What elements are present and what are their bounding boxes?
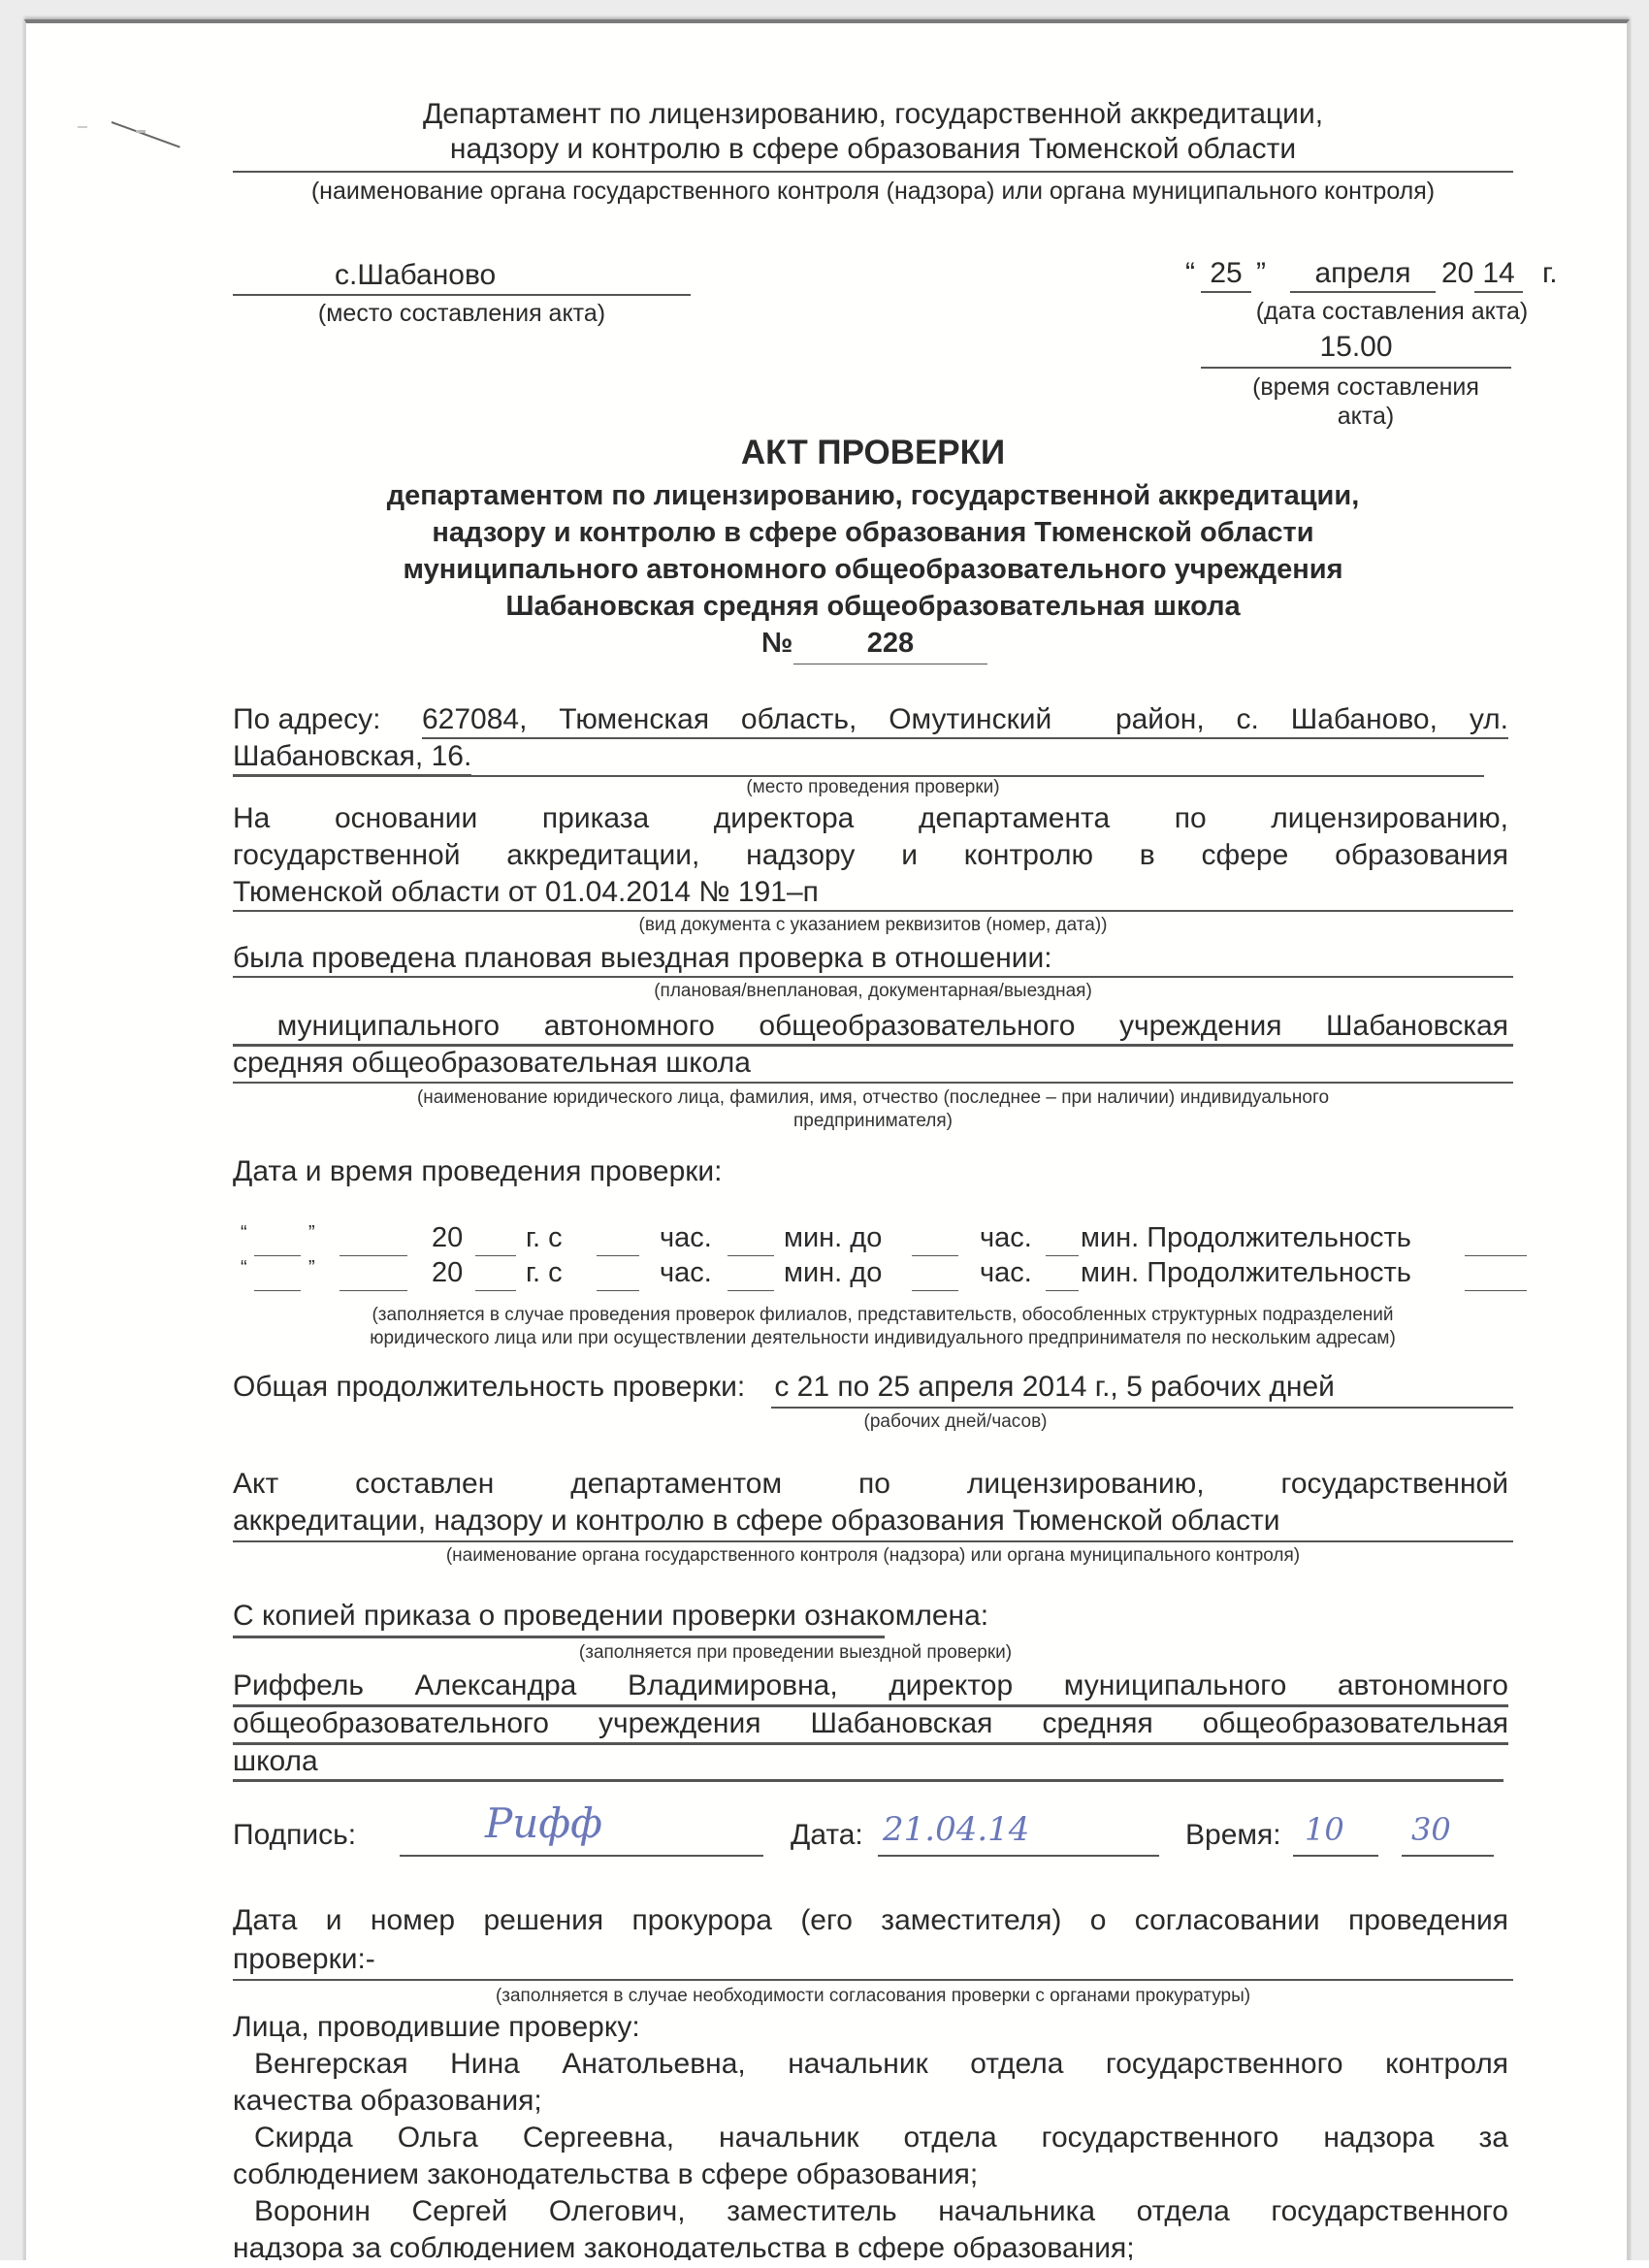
date-line[interactable] [878, 1855, 1159, 1857]
basis-caption: (вид документа с указанием реквизитов (н… [233, 914, 1513, 937]
inspector-2-line1: Скирда Ольга Сергеевна, начальник отдела… [254, 2121, 1508, 2155]
pencil-smudge [78, 126, 87, 128]
place-caption: (место составления акта) [233, 299, 691, 328]
org-name-line2: надзору и контролю в сфере образования Т… [233, 132, 1513, 167]
date-year-prefix: 20 [1441, 256, 1473, 291]
hour-label: час. [660, 1255, 712, 1290]
org-name-line1: Департамент по лицензированию, государст… [233, 97, 1513, 132]
hour2-label: час. [980, 1220, 1032, 1255]
month-blank[interactable] [339, 1290, 407, 1291]
act-subtitle-line3: муниципального автономного общеобразоват… [194, 551, 1552, 588]
date-label: Дата: [791, 1818, 863, 1853]
acquainted-label: С копией приказа о проведении проверки о… [233, 1599, 988, 1634]
signature-line[interactable] [400, 1855, 763, 1857]
from-label: г. с [526, 1255, 563, 1290]
year-blank[interactable] [475, 1255, 516, 1256]
act-subtitle-line4: Шабановская средняя общеобразовательная … [194, 588, 1552, 625]
min-from-blank[interactable] [727, 1255, 774, 1256]
total-duration-label: Общая продолжительность проверки: [233, 1370, 745, 1405]
min-to-label: мин. до [784, 1255, 882, 1290]
date-close-quote: ” [1256, 256, 1266, 291]
year-prefix: 20 [432, 1255, 463, 1290]
row-close-quote: ” [308, 1257, 315, 1280]
day-blank[interactable] [254, 1255, 301, 1256]
total-duration-value: с 21 по 25 апреля 2014 г., 5 рабочих дне… [766, 1370, 1335, 1405]
year-prefix: 20 [432, 1220, 463, 1255]
time-caption-line2: акта) [1201, 402, 1531, 431]
from-label: г. с [526, 1220, 563, 1255]
org-caption: (наименование органа государственного ко… [194, 177, 1552, 206]
day-blank[interactable] [254, 1290, 301, 1291]
address-caption: (место проведения проверки) [233, 776, 1513, 799]
acquainted-line3: школа [233, 1744, 318, 1779]
datetime-caption-line1: (заполняется в случае проведения проверо… [233, 1304, 1533, 1327]
basis-line3: Тюменской области от 01.04.2014 № 191–п [233, 875, 819, 910]
date-caption: (дата составления акта) [1212, 297, 1571, 326]
inspector-2-line2: соблюдением законодательства в сфере обр… [233, 2157, 978, 2192]
date-day: 25 [1201, 256, 1251, 293]
composed-by-caption: (наименование органа государственного ко… [233, 1544, 1513, 1568]
time-hours-handwritten: 10 [1305, 1808, 1344, 1851]
address-label: По адресу: [233, 702, 380, 737]
inspection-type-underline [233, 976, 1513, 978]
inspector-1-line2: качества образования; [233, 2084, 542, 2119]
hour2-label: час. [980, 1255, 1032, 1290]
act-number-underline [793, 664, 987, 664]
entity-line2: средняя общеобразовательная школа [233, 1046, 751, 1081]
datetime-caption-line2: юридического лица или при осуществлении … [233, 1327, 1533, 1350]
year-blank[interactable] [475, 1290, 516, 1291]
inspectors-label: Лица, проводившие проверку: [233, 2010, 640, 2045]
min-to-blank[interactable] [1046, 1255, 1079, 1256]
min-to-blank[interactable] [1046, 1290, 1079, 1291]
composed-by-line2: аккредитации, надзору и контролю в сфере… [233, 1504, 1280, 1539]
total-duration-underline [771, 1407, 1513, 1409]
hour-to-blank[interactable] [912, 1255, 958, 1256]
basis-underline [233, 910, 1513, 912]
inspector-3-line1: Воронин Сергей Олегович, заместитель нач… [254, 2194, 1508, 2229]
acquainted-label-underline [233, 1636, 885, 1638]
row-open-quote: “ [241, 1257, 247, 1280]
acquainted-underline3 [233, 1779, 1503, 1782]
pencil-smudge [136, 130, 145, 133]
place-value: с.Шабаново [335, 258, 496, 293]
acquainted-underline2 [233, 1742, 1508, 1745]
entity-caption-line2: предпринимателя) [233, 1110, 1513, 1133]
hour-from-blank[interactable] [597, 1290, 639, 1291]
date-year-unit: г. [1542, 256, 1558, 291]
act-heading: АКТ ПРОВЕРКИ [194, 433, 1552, 473]
inspection-type-text: была проведена плановая выездная проверк… [233, 941, 1052, 976]
basis-line1: На основании приказа директора департаме… [233, 801, 1508, 836]
duration-blank[interactable] [1465, 1290, 1527, 1291]
acquainted-line1: Риффель Александра Владимировна, директо… [233, 1669, 1508, 1703]
act-subtitle-line1: департаментом по лицензированию, государ… [194, 477, 1552, 514]
row-close-quote: ” [308, 1222, 315, 1245]
date-month: апреля [1290, 256, 1436, 293]
time-underline [1201, 367, 1511, 369]
prosecutor-line2: проверки:- [233, 1942, 375, 1977]
place-underline [233, 294, 691, 296]
prosecutor-line1: Дата и номер решения прокурора (его заме… [233, 1903, 1508, 1938]
entity-underline2 [233, 1082, 1513, 1084]
time-hours-line[interactable] [1293, 1855, 1378, 1857]
datetime-label: Дата и время проведения проверки: [233, 1154, 723, 1189]
signature-label: Подпись: [233, 1818, 356, 1853]
date-open-quote: “ [1185, 256, 1195, 291]
total-duration-caption: (рабочих дней/часов) [771, 1410, 1140, 1434]
entity-caption-line1: (наименование юридического лица, фамилия… [233, 1086, 1513, 1110]
signature-handwritten: Рифф [485, 1797, 602, 1851]
scan-bottom-margin [0, 2260, 1649, 2268]
prosecutor-caption: (заполняется в случае необходимости согл… [233, 1985, 1513, 2008]
hour-to-blank[interactable] [912, 1290, 958, 1291]
month-blank[interactable] [339, 1255, 407, 1256]
duration-blank[interactable] [1465, 1255, 1527, 1256]
entity-line1: муниципального автономного общеобразоват… [233, 1009, 1508, 1044]
min-to-label: мин. до [784, 1220, 882, 1255]
duration-label: мин. Продолжительность [1081, 1255, 1411, 1290]
hour-from-blank[interactable] [597, 1255, 639, 1256]
address-value-line2: Шабановская, 16. [233, 739, 471, 776]
time-value: 15.00 [1201, 330, 1511, 365]
hour-label: час. [660, 1220, 712, 1255]
basis-line2: государственной аккредитации, надзору и … [233, 838, 1508, 873]
row-open-quote: “ [241, 1222, 247, 1245]
act-number-label: № [761, 625, 792, 662]
acquainted-caption: (заполняется при проведении выездной про… [388, 1641, 1203, 1665]
date-year-suffix: 14 [1474, 256, 1523, 293]
address-value-line1: 627084, Тюменская область, Омутинский ра… [422, 702, 1508, 739]
time-label: Время: [1185, 1818, 1281, 1853]
inspection-type-caption: (плановая/внеплановая, документарная/вые… [233, 980, 1513, 1003]
duration-label: мин. Продолжительность [1081, 1220, 1411, 1255]
time-caption-line1: (время составления [1201, 373, 1531, 402]
time-minutes-line[interactable] [1402, 1855, 1494, 1857]
composed-by-underline [233, 1540, 1513, 1542]
min-from-blank[interactable] [727, 1290, 774, 1291]
date-handwritten: 21.04.14 [883, 1808, 1029, 1851]
time-minutes-handwritten: 30 [1411, 1808, 1451, 1851]
org-name-underline [233, 171, 1513, 173]
act-subtitle-line2: надзору и контролю в сфере образования Т… [194, 514, 1552, 551]
prosecutor-underline [233, 1979, 1513, 1981]
act-number: 228 [793, 625, 987, 662]
composed-by-line1: Акт составлен департаментом по лицензиро… [233, 1467, 1508, 1502]
inspector-3-line2: надзора за соблюдением законодательства … [233, 2231, 1135, 2260]
inspector-1-line1: Венгерская Нина Анатольевна, начальник о… [254, 2047, 1508, 2082]
acquainted-line2: общеобразовательного учреждения Шабановс… [233, 1706, 1508, 1741]
